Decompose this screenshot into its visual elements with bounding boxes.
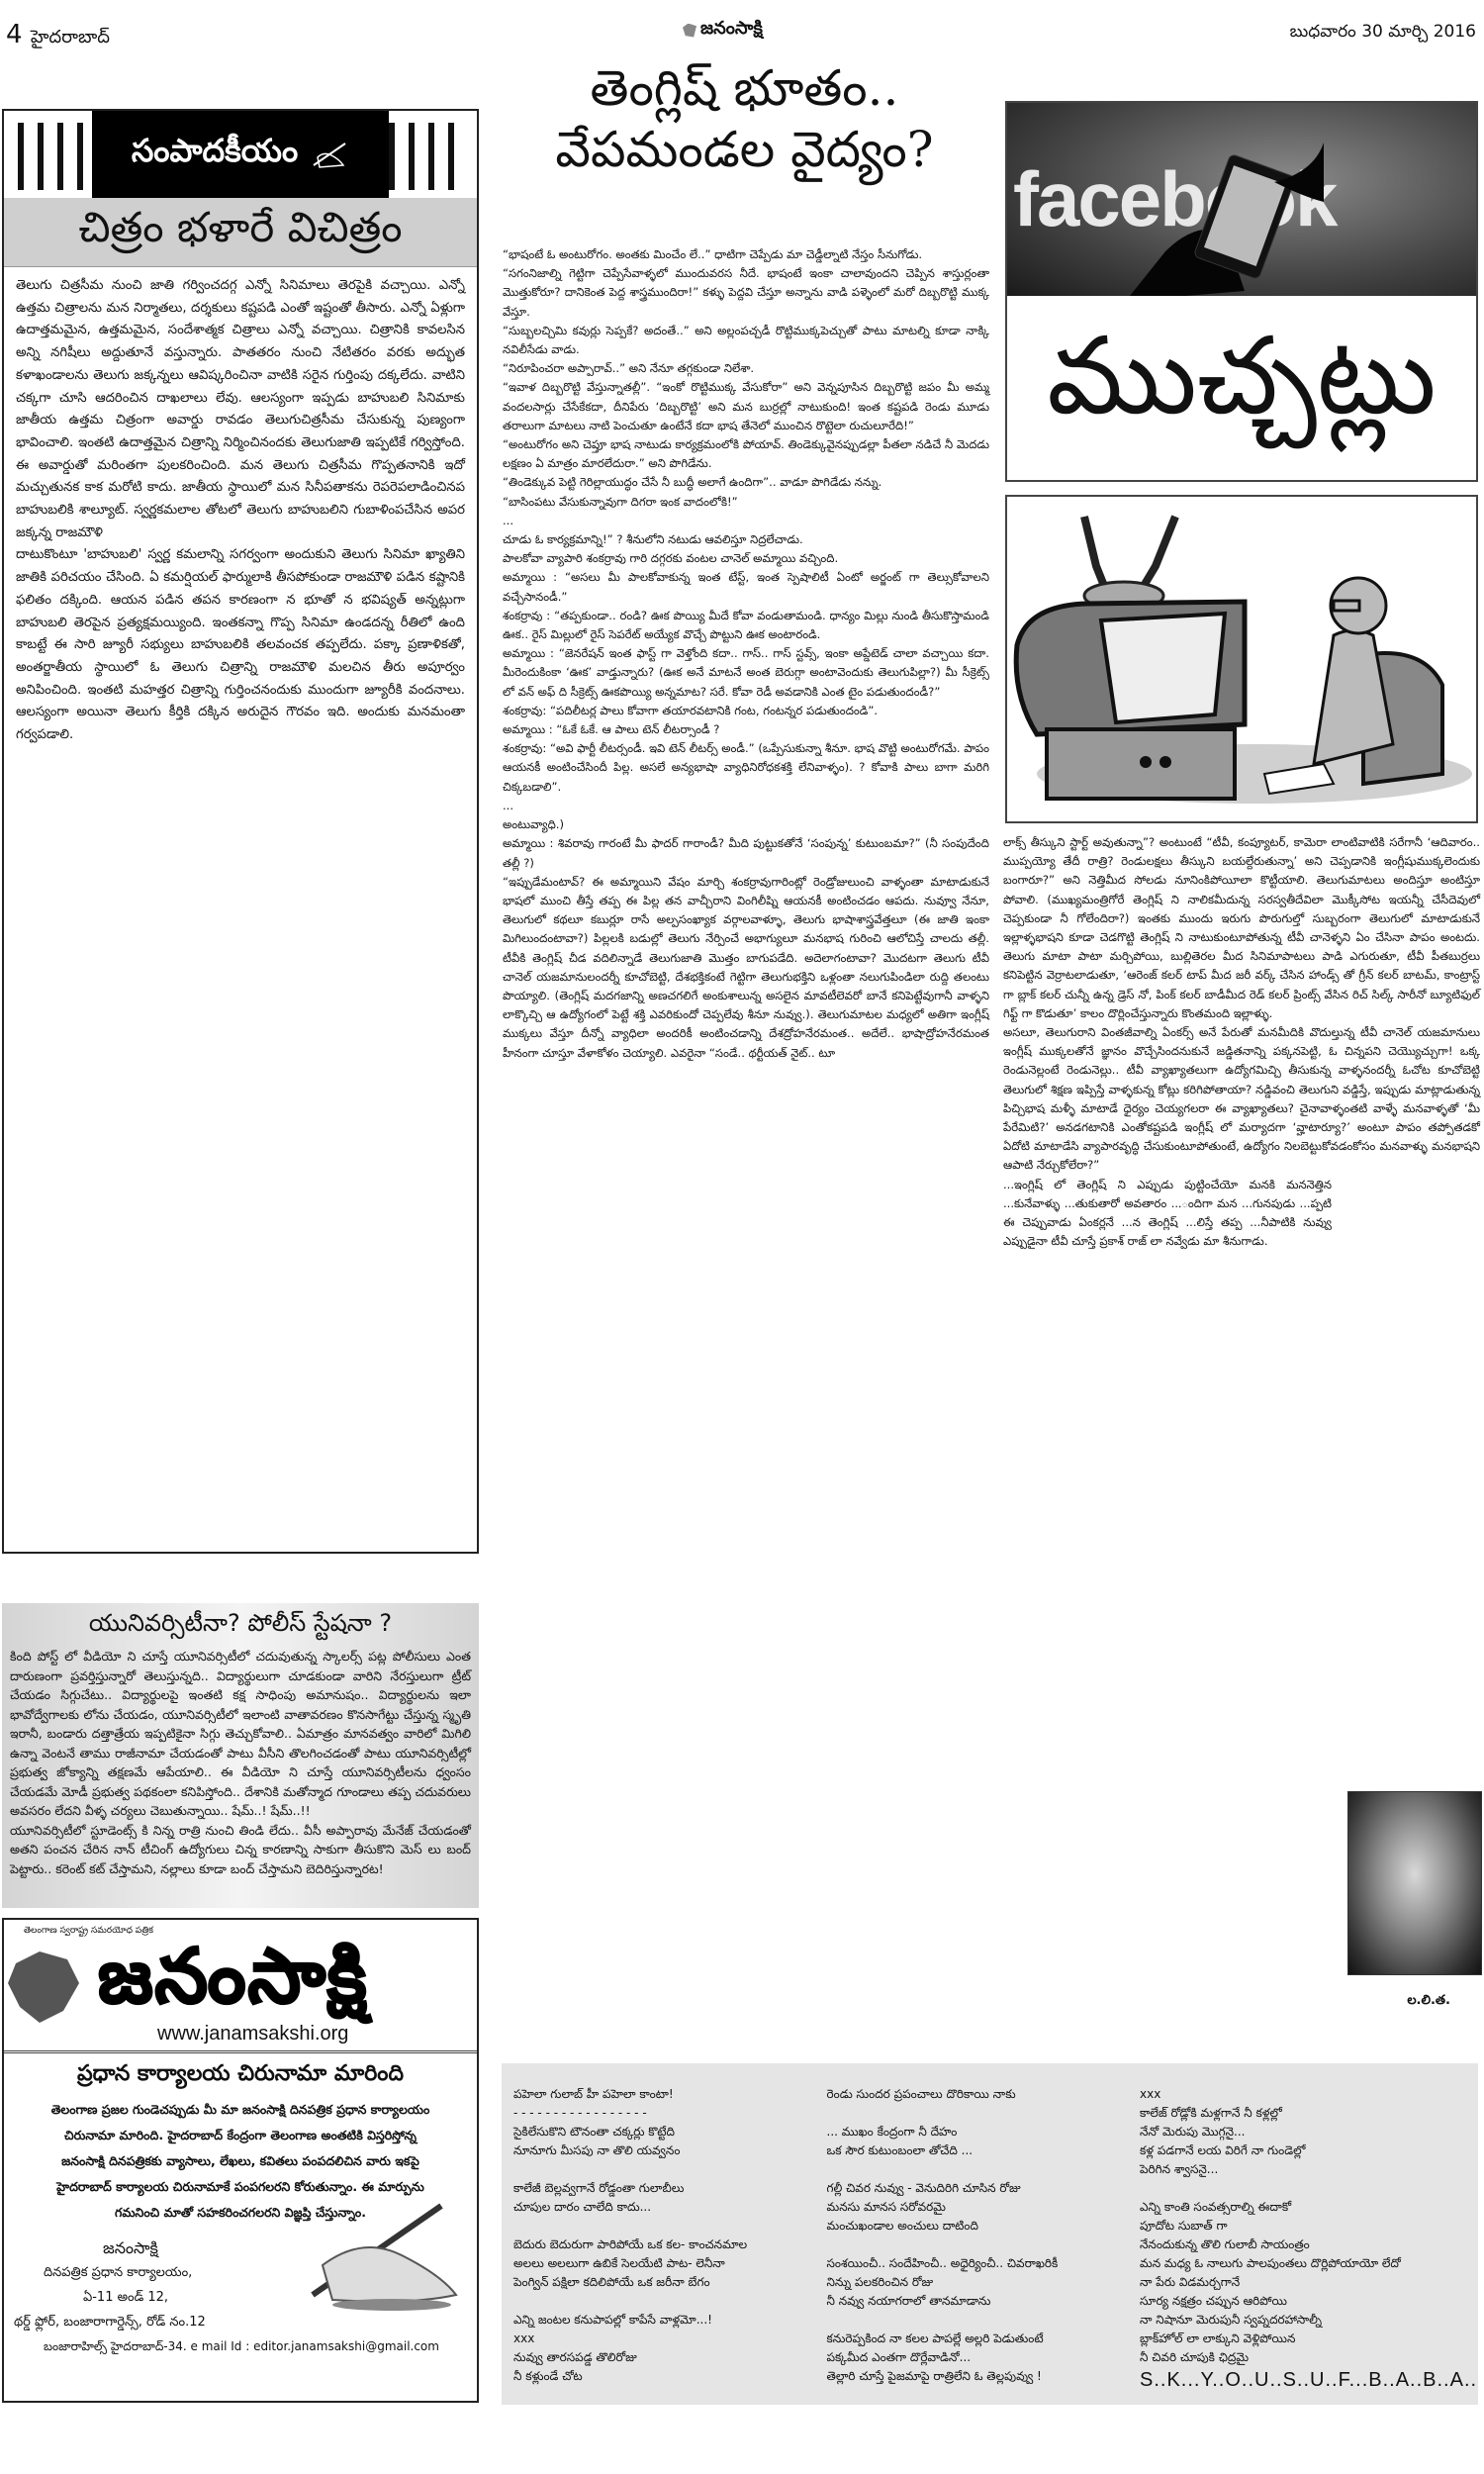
decorative-bars bbox=[18, 123, 92, 190]
poem-line: బ్లాక్‌హోల్ లా లాక్కుని వెళ్లిపోయిన bbox=[1140, 2330, 1466, 2348]
article-paragraph: అసలూ, తెలుగురాని వింతజీవాల్ని ఏంకర్స్ అన… bbox=[1003, 1023, 1480, 1176]
article-paragraph: “సగంనిజాల్ని గెట్టిగా చెప్పేసేవాళ్ళలో ము… bbox=[503, 264, 989, 322]
article-paragraph: పాలకోవా వ్యాపారి శంకర్రావు గారి దగ్గరకు … bbox=[503, 549, 989, 568]
poem-line: పూదోట సుబాత్ గా bbox=[1140, 2217, 1466, 2236]
paper-masthead: జనంసాక్షి bbox=[683, 18, 763, 43]
author-signature: ల.లి.త. bbox=[1407, 1993, 1450, 2011]
page-header-left: 4 హైదరాబాద్ bbox=[6, 20, 110, 51]
poem-line: నా పేరు విడమర్చగానే bbox=[1140, 2273, 1466, 2292]
poet-signature: S..K...Y..O..U..S..U..F...B..A..B..A.. bbox=[1140, 2371, 1466, 2390]
editorial-body: తెలుగు చిత్రసీమ నుంచి జాతి గర్వించదగ్గ ఎ… bbox=[4, 267, 477, 755]
hand-writing-pen-icon bbox=[293, 2196, 461, 2315]
decorative-bars bbox=[389, 123, 463, 190]
poem-column: రెండు సుందర ప్రపంచాలు దొరికాయి నాకు ... … bbox=[827, 2085, 1141, 2383]
poem-line: కాలేజీ బెల్లవ్వగానే రోడ్డంతా గులాబీలు bbox=[513, 2179, 827, 2198]
article-paragraph: అమ్మాయి : శివరావు గారంటే మీ ఫాదర్ గారాండ… bbox=[503, 834, 989, 872]
article-paragraph: “నిరూపించరా అప్పారావ్..” అని నేనూ తగ్గకు… bbox=[503, 359, 989, 378]
poem-line: నీ చివరి చూపుకి ఛిద్రమై bbox=[1140, 2348, 1466, 2367]
poem-line: ఎన్ని కాంతి సంవత్సరాల్ని ఈదాకో bbox=[1140, 2198, 1466, 2217]
poem-column: పహెలా గులాబ్ హీ పహెలా కాంటా! - - - - - -… bbox=[513, 2085, 827, 2383]
editorial-paragraph: తెలుగు చిత్రసీమ నుంచి జాతి గర్వించదగ్గ ఎ… bbox=[16, 275, 465, 544]
poem-line: నీ నవ్వు నయాగరాలో తానమాడాను bbox=[827, 2292, 1141, 2311]
poem-line: xxx bbox=[513, 2330, 827, 2348]
poem-line: మనసు మానస సరోవరమై bbox=[827, 2198, 1141, 2217]
poem-line: సైకిలేసుకొని టౌనంతా చక్కర్లు కొట్టేది bbox=[513, 2123, 827, 2141]
poem-line: తెల్లారి చూస్తే పైజమాపై రాత్రిలేని ఓ తెల… bbox=[827, 2367, 1141, 2386]
article-paragraph: “తిండెక్కువ పెట్టి గెరిల్లాయుద్ధం చేసే న… bbox=[503, 473, 989, 492]
article-paragraph: “సుబ్బలచ్చిమి కవుర్లు సెప్పకే? అదంతే..” … bbox=[503, 322, 989, 359]
article-paragraph: “ఇవాళ దిబ్బరొట్టి వేస్తున్నాతల్లీ”. “ఇంక… bbox=[503, 378, 989, 435]
poem-line: నా నిషానూ మెరుపునీ స్వప్నదరహాసాల్నీ bbox=[1140, 2311, 1466, 2330]
poem-line: పెరిగిన శ్వాసనై... bbox=[1140, 2160, 1466, 2179]
poem-line: నీ కళ్లుండే చోట bbox=[513, 2367, 827, 2386]
article-paragraph: అమ్మాయి : “జెనరేషన్ ఇంత ఫాస్ట్ గా వెళ్తో… bbox=[503, 644, 989, 702]
tv-watching-cartoon-icon bbox=[1007, 497, 1476, 821]
university-headline: యునివర్సిటీనా? పోలీస్ స్టేషనా ? bbox=[10, 1609, 471, 1643]
poem-line: చూపుల దారం చాలేది కాదు... bbox=[513, 2198, 827, 2217]
editorial-label: సంపాదకీయం bbox=[132, 132, 298, 177]
article-paragraph: ...ఇంగ్లిష్ లో తెంగ్లిష్ ని ఎప్పుడు పుట్… bbox=[1003, 1176, 1480, 1252]
telangana-map-icon bbox=[683, 24, 696, 38]
article-paragraph: “ఇప్పుడేమంటావ్? ఈ అమ్మాయిని వేషం మార్చి … bbox=[503, 873, 989, 1063]
issue-date: బుధవారం 30 మార్చి 2016 bbox=[1290, 22, 1476, 46]
poem-line: పక్కమీద ఎంతగా దొర్లేవాడినో... bbox=[827, 2348, 1141, 2367]
poem-line: మన మధ్య ఓ నాలుగు పాలపుంతలు దొర్లిపోయాయో … bbox=[1140, 2254, 1466, 2273]
website-link[interactable]: www.janamsakshi.org bbox=[157, 2023, 348, 2046]
article-paragraph: చూడు ఓ కార్యక్రమాన్ని!” ? శీనులోని నటుడు… bbox=[503, 530, 989, 549]
poem-line: మంచుఖండాల అంచులు దాటింది bbox=[827, 2217, 1141, 2236]
poem-line: ... ముఖం కేంద్రంగా నీ దేహం bbox=[827, 2123, 1141, 2141]
center-article-headline: తెంగ్లిష్ భూతం.. వేపమండల వైద్యం? bbox=[495, 57, 994, 180]
poem-box: పహెలా గులాబ్ హీ పహెలా కాంటా! - - - - - -… bbox=[502, 2063, 1478, 2405]
article-paragraph: అమ్మాయి : “ఓకే ఓకే. ఆ పాలు టెన్ లీటర్సాం… bbox=[503, 720, 989, 739]
poem-column: xxx కాలేజ్ రోడ్లోకి మళ్లగానే నీ కళ్లల్లో… bbox=[1140, 2085, 1466, 2383]
poem-line: - - - - - - - - - - - - - - - - - bbox=[513, 2104, 827, 2123]
ad-line: చిరునామా మారింది. హైదరాబాద్ కేంద్రంగా తె… bbox=[14, 2123, 467, 2148]
poem-line: కనురెప్పకింద నా కలల పాపల్లే అల్లరి పెడుత… bbox=[827, 2330, 1141, 2348]
page-number: 4 bbox=[6, 20, 23, 49]
editorial-label-box: సంపాదకీయం bbox=[92, 111, 389, 198]
hand-holding-phone-icon bbox=[1126, 143, 1324, 296]
poem-line: నేనో మెరుపు మొగ్గనై... bbox=[1140, 2123, 1466, 2141]
poem-line: నేనందుకున్న తొలి గులాబీ సాయంత్రం bbox=[1140, 2236, 1466, 2254]
editorial-section: సంపాదకీయం చిత్రం భళారే విచిత్రం తెలుగు చ… bbox=[2, 109, 479, 1554]
office-address-ad: తెలంగాణ స్వరాష్ట్ర సమరయోధ పత్రిక జనంసాక్… bbox=[2, 1918, 479, 2403]
editorial-paragraph: దాటుకొంటూ 'బాహుబలి' స్వర్ణ కమలాన్ని సగర్… bbox=[16, 544, 465, 746]
poem-line: ఎన్ని జంటల కనుపాపల్లో కాపేసే వాళ్లమో...! bbox=[513, 2311, 827, 2330]
right-article-body: లాక్స్ తీస్కుని స్టార్ట్ అవుతున్నా”? అంట… bbox=[1003, 833, 1480, 1251]
poem-line: అలలు అలలుగా ఉబికే సెలయేటి పాట- లెనీనా bbox=[513, 2254, 827, 2273]
poem-line: పెంగ్విన్ పక్షిలా కదిలిపోయే ఒక జరీనా బేగ… bbox=[513, 2273, 827, 2292]
paper-name: జనంసాక్షి bbox=[700, 18, 763, 43]
article-paragraph: ... bbox=[503, 797, 989, 815]
poem-line: xxx bbox=[1140, 2085, 1466, 2104]
ad-line: తెలంగాణ ప్రజల గుండెచప్పుడు మీ మా జనంసాక్… bbox=[14, 2097, 467, 2123]
editorial-headline: చిత్రం భళారే విచిత్రం bbox=[4, 198, 477, 267]
office-address: జనంసాక్షి దినపత్రిక ప్రధాన కార్యాలయం, ఏ-… bbox=[14, 2236, 467, 2364]
poem-line: ఒక సౌర కుటుంబంలా తోచేది ... bbox=[827, 2141, 1141, 2160]
poem-line: నువ్వు తారసపడ్డ తొలిరోజు bbox=[513, 2348, 827, 2367]
poem-line: బెదురు బెదురుగా పారిపోయే ఒక కల- కాంచనమాల bbox=[513, 2236, 827, 2254]
poem-line: నూనూగు మీసపు నా తొలి యవ్వనం bbox=[513, 2141, 827, 2160]
poem-line: రెండు సుందర ప్రపంచాలు దొరికాయి నాకు bbox=[827, 2085, 1141, 2104]
poem-line: కళ్ల పడగానే లయ విరిగే నా గుండెల్లో bbox=[1140, 2141, 1466, 2160]
tv-cartoon bbox=[1005, 495, 1478, 823]
feature-title: ముచ్చట్లు bbox=[1007, 296, 1476, 484]
telangana-map-icon bbox=[8, 1948, 87, 2027]
article-paragraph: లాక్స్ తీస్కుని స్టార్ట్ అవుతున్నా”? అంట… bbox=[1003, 833, 1480, 1023]
university-news-box: యునివర్సిటీనా? పోలీస్ స్టేషనా ? కింది పో… bbox=[2, 1603, 479, 1908]
writing-hand-icon bbox=[310, 140, 349, 169]
poem-line: సంశయించీ.. సందేహించీ.. అధైర్యించీ.. చివర… bbox=[827, 2254, 1141, 2273]
facebook-feature-box: facebook ముచ్చట్లు bbox=[1005, 101, 1478, 482]
poem-line: కాలేజ్ రోడ్లోకి మళ్లగానే నీ కళ్లల్లో bbox=[1140, 2104, 1466, 2123]
address-line: బంజారాహిల్స్ హైదరాబాద్-34. e mail Id : e… bbox=[14, 2334, 467, 2359]
poem-line: పహెలా గులాబ్ హీ పహెలా కాంటా! bbox=[513, 2085, 827, 2104]
facebook-phone-photo: facebook bbox=[1007, 103, 1476, 296]
article-paragraph: “బాసింపటు వేసుకున్నావుగా దిగరా ఇంక వాదంల… bbox=[503, 493, 989, 512]
city-label: హైదరాబాద్ bbox=[31, 27, 110, 48]
article-paragraph: శంకర్రావు: “అవి ఫార్టీ లీటర్సండీ. ఇవి టె… bbox=[503, 739, 989, 797]
headline-line: వేపమండల వైద్యం? bbox=[495, 119, 994, 180]
ad-body: ప్రధాన కార్యాలయ చిరునామా మారింది తెలంగాణ… bbox=[4, 2053, 477, 2372]
headline-line: తెంగ్లిష్ భూతం.. bbox=[495, 57, 994, 119]
editorial-banner: సంపాదకీయం bbox=[4, 111, 477, 198]
poem-line: సూర్య నక్షత్రం చప్పున ఆరిపోయి bbox=[1140, 2292, 1466, 2311]
article-paragraph: శంకర్రావు: “పదిలీటర్ల పాలు కోవాగా తయారవట… bbox=[503, 702, 989, 720]
university-paragraph: కింది పోస్ట్ లో వీడియో ని చూస్తే యూనివర్… bbox=[10, 1647, 471, 1821]
ad-headline: ప్రధాన కార్యాలయ చిరునామా మారింది bbox=[14, 2061, 467, 2091]
article-paragraph: ... bbox=[503, 512, 989, 530]
author-photo bbox=[1347, 1791, 1482, 1975]
center-article-body: “భాషంటే ఓ అంటురోగం. అంతకు మించేం లే..” ధ… bbox=[503, 245, 989, 1063]
article-paragraph: అంటువ్యాధి.) bbox=[503, 815, 989, 834]
article-paragraph: అమ్మాయి : “అసలు మీ పాలకోవాకున్న ఇంత టేస్… bbox=[503, 568, 989, 606]
article-paragraph: శంకర్రావు : “తప్పకుండా.. రండి? ఊక పొయ్యి… bbox=[503, 607, 989, 644]
poem-line: నిన్ను పలకరించిన రోజు bbox=[827, 2273, 1141, 2292]
article-paragraph: “అంటురోగం అని చెప్తూ భాష నాటుడు కార్యక్ర… bbox=[503, 435, 989, 473]
ad-line: జనంసాక్షి దినపత్రికకు వ్యాసాలు, లేఖలు, క… bbox=[14, 2148, 467, 2174]
janamsakshi-logo: తెలంగాణ స్వరాష్ట్ర సమరయోధ పత్రిక జనంసాక్… bbox=[4, 1920, 477, 2053]
article-paragraph: “భాషంటే ఓ అంటురోగం. అంతకు మించేం లే..” ధ… bbox=[503, 245, 989, 264]
poem-line: గల్లీ చివర నువ్వు - వెనుదిరిగి చూసిన రోజ… bbox=[827, 2179, 1141, 2198]
university-paragraph: యూనివర్సిటీలో స్టూడెంట్స్ కి నిన్న రాత్ర… bbox=[10, 1821, 471, 1879]
